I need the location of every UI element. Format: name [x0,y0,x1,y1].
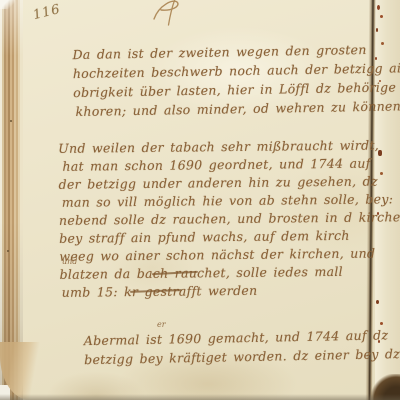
paragraph-2: Und weilen der tabach sehr mißbraucht wi… [58,136,400,302]
flourish-mark-icon [150,0,188,28]
manuscript-line: weeg wo ainer schon nächst der kirchen, … [59,244,400,266]
foxing-spot [380,15,383,18]
paragraph-1: Da dan ist der zweiten wegen den grosten… [72,39,400,121]
interlinear-insertion: und [62,257,77,266]
ink-speck [7,250,9,252]
binding-page-edges [0,0,23,400]
foxing-spot [377,5,380,10]
manuscript-line: umb 15: kr gestrafft werden [62,280,400,302]
foxing-spot [376,28,378,32]
interlinear-insertion: er [157,320,166,329]
paragraph-3: Abermal ist 1690 gemacht, und 1744 auf d… [84,325,400,369]
ink-speck [10,120,12,122]
bottom-edge-shadow [0,394,400,400]
foxing-spot [376,300,379,304]
top-left-corner [0,0,15,9]
manuscript-photo: 116 Da dan ist der zweiten wegen den gro… [0,0,400,400]
